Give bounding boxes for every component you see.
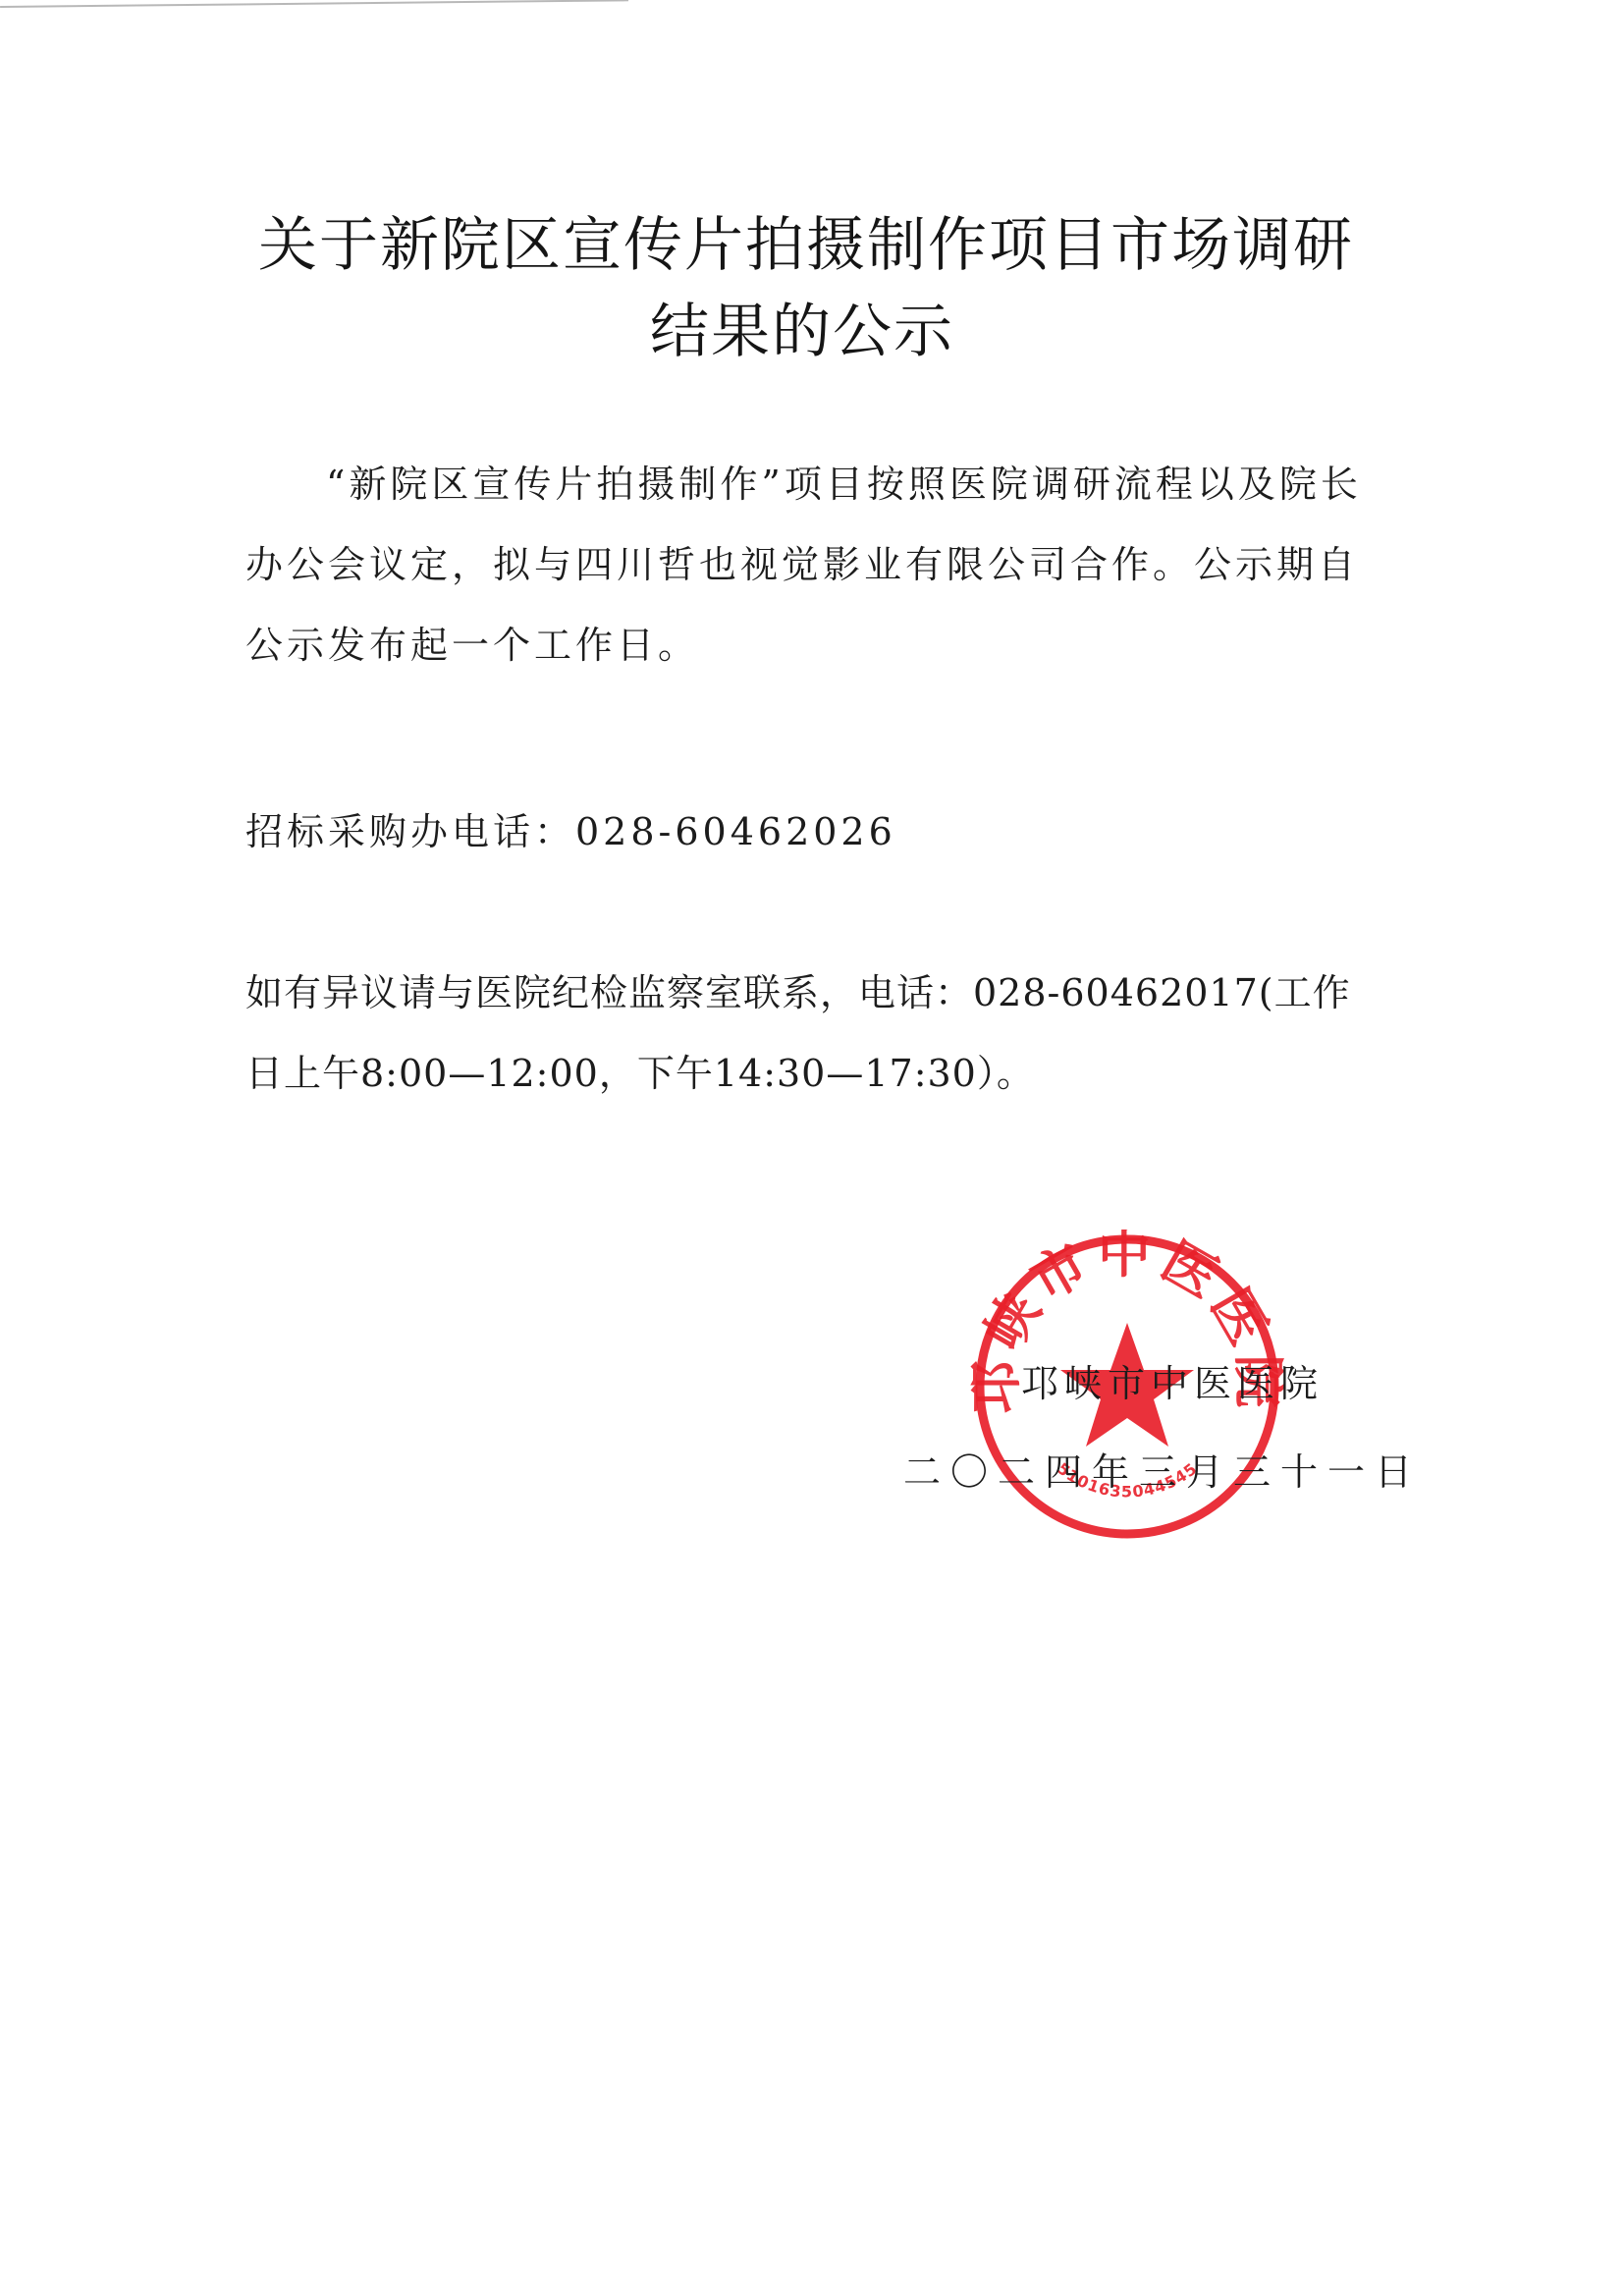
signature-organization: 邛峡市中医医院 bbox=[1021, 1353, 1324, 1407]
scan-edge bbox=[0, 0, 628, 8]
signature-date: 二〇二四年三月三十一日 bbox=[903, 1442, 1422, 1496]
body-paragraph-objection-contact: 如有异议请与医院纪检监察室联系，电话：028-60462017(工作日上午8:0… bbox=[245, 953, 1384, 1114]
document-title-line-1: 关于新院区宣传片拍摄制作项目市场调研 bbox=[0, 198, 1618, 283]
document-title-line-2: 结果的公示 bbox=[0, 285, 1614, 369]
body-paragraph-announcement: “新院区宣传片拍摄制作”项目按照医院调研流程以及院长办公会议定，拟与四川哲也视觉… bbox=[245, 444, 1384, 685]
body-paragraph-procurement-phone: 招标采购办电话：028-60462026 bbox=[245, 792, 1384, 872]
